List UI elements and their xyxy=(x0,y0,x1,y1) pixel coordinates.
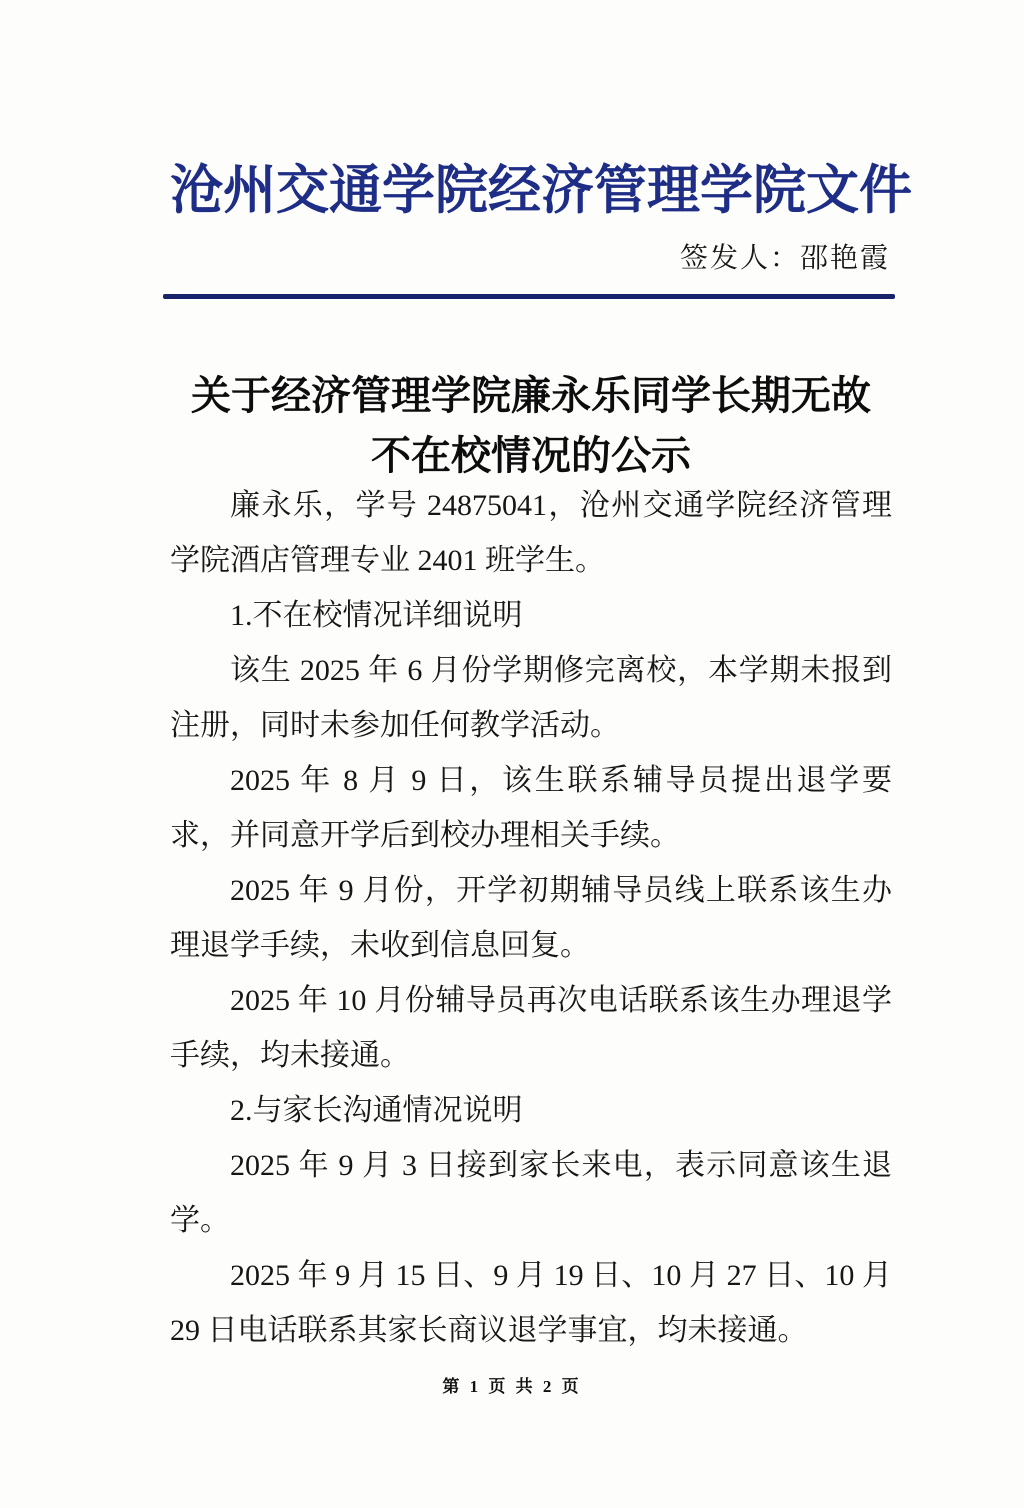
page-number: 第 1 页 共 2 页 xyxy=(0,1372,1024,1397)
body-paragraph: 2025 年 9 月 3 日接到家长来电，表示同意该生退学。 xyxy=(170,1138,892,1248)
document-page: 沧州交通学院经济管理学院文件 签发人：邵艳霞 关于经济管理学院廉永乐同学长期无故… xyxy=(0,0,1024,1508)
document-title-line2: 不在校情况的公示 xyxy=(170,426,892,486)
section-heading: 1.不在校情况详细说明 xyxy=(170,588,892,643)
document-title: 关于经济管理学院廉永乐同学长期无故 不在校情况的公示 xyxy=(170,366,892,486)
body-paragraph: 廉永乐，学号 24875041，沧州交通学院经济管理学院酒店管理专业 2401 … xyxy=(170,478,892,588)
body-paragraph: 该生 2025 年 6 月份学期修完离校，本学期未报到注册，同时未参加任何教学活… xyxy=(170,643,892,753)
document-content-area: 沧州交通学院经济管理学院文件 签发人：邵艳霞 关于经济管理学院廉永乐同学长期无故… xyxy=(170,0,892,1508)
document-title-line1: 关于经济管理学院廉永乐同学长期无故 xyxy=(170,366,892,426)
header-divider xyxy=(163,294,895,299)
body-paragraph: 2025 年 9 月份，开学初期辅导员线上联系该生办理退学手续，未收到信息回复。 xyxy=(170,863,892,973)
body-paragraph: 2025 年 9 月 15 日、9 月 19 日、10 月 27 日、10 月 … xyxy=(170,1248,892,1358)
section-heading: 2.与家长沟通情况说明 xyxy=(170,1083,892,1138)
body-paragraph: 2025 年 8 月 9 日，该生联系辅导员提出退学要求，并同意开学后到校办理相… xyxy=(170,753,892,863)
document-body: 廉永乐，学号 24875041，沧州交通学院经济管理学院酒店管理专业 2401 … xyxy=(170,478,892,1358)
issuer-line: 签发人：邵艳霞 xyxy=(680,236,890,276)
body-paragraph: 2025 年 10 月份辅导员再次电话联系该生办理退学手续，均未接通。 xyxy=(170,973,892,1083)
org-title: 沧州交通学院经济管理学院文件 xyxy=(170,148,892,224)
